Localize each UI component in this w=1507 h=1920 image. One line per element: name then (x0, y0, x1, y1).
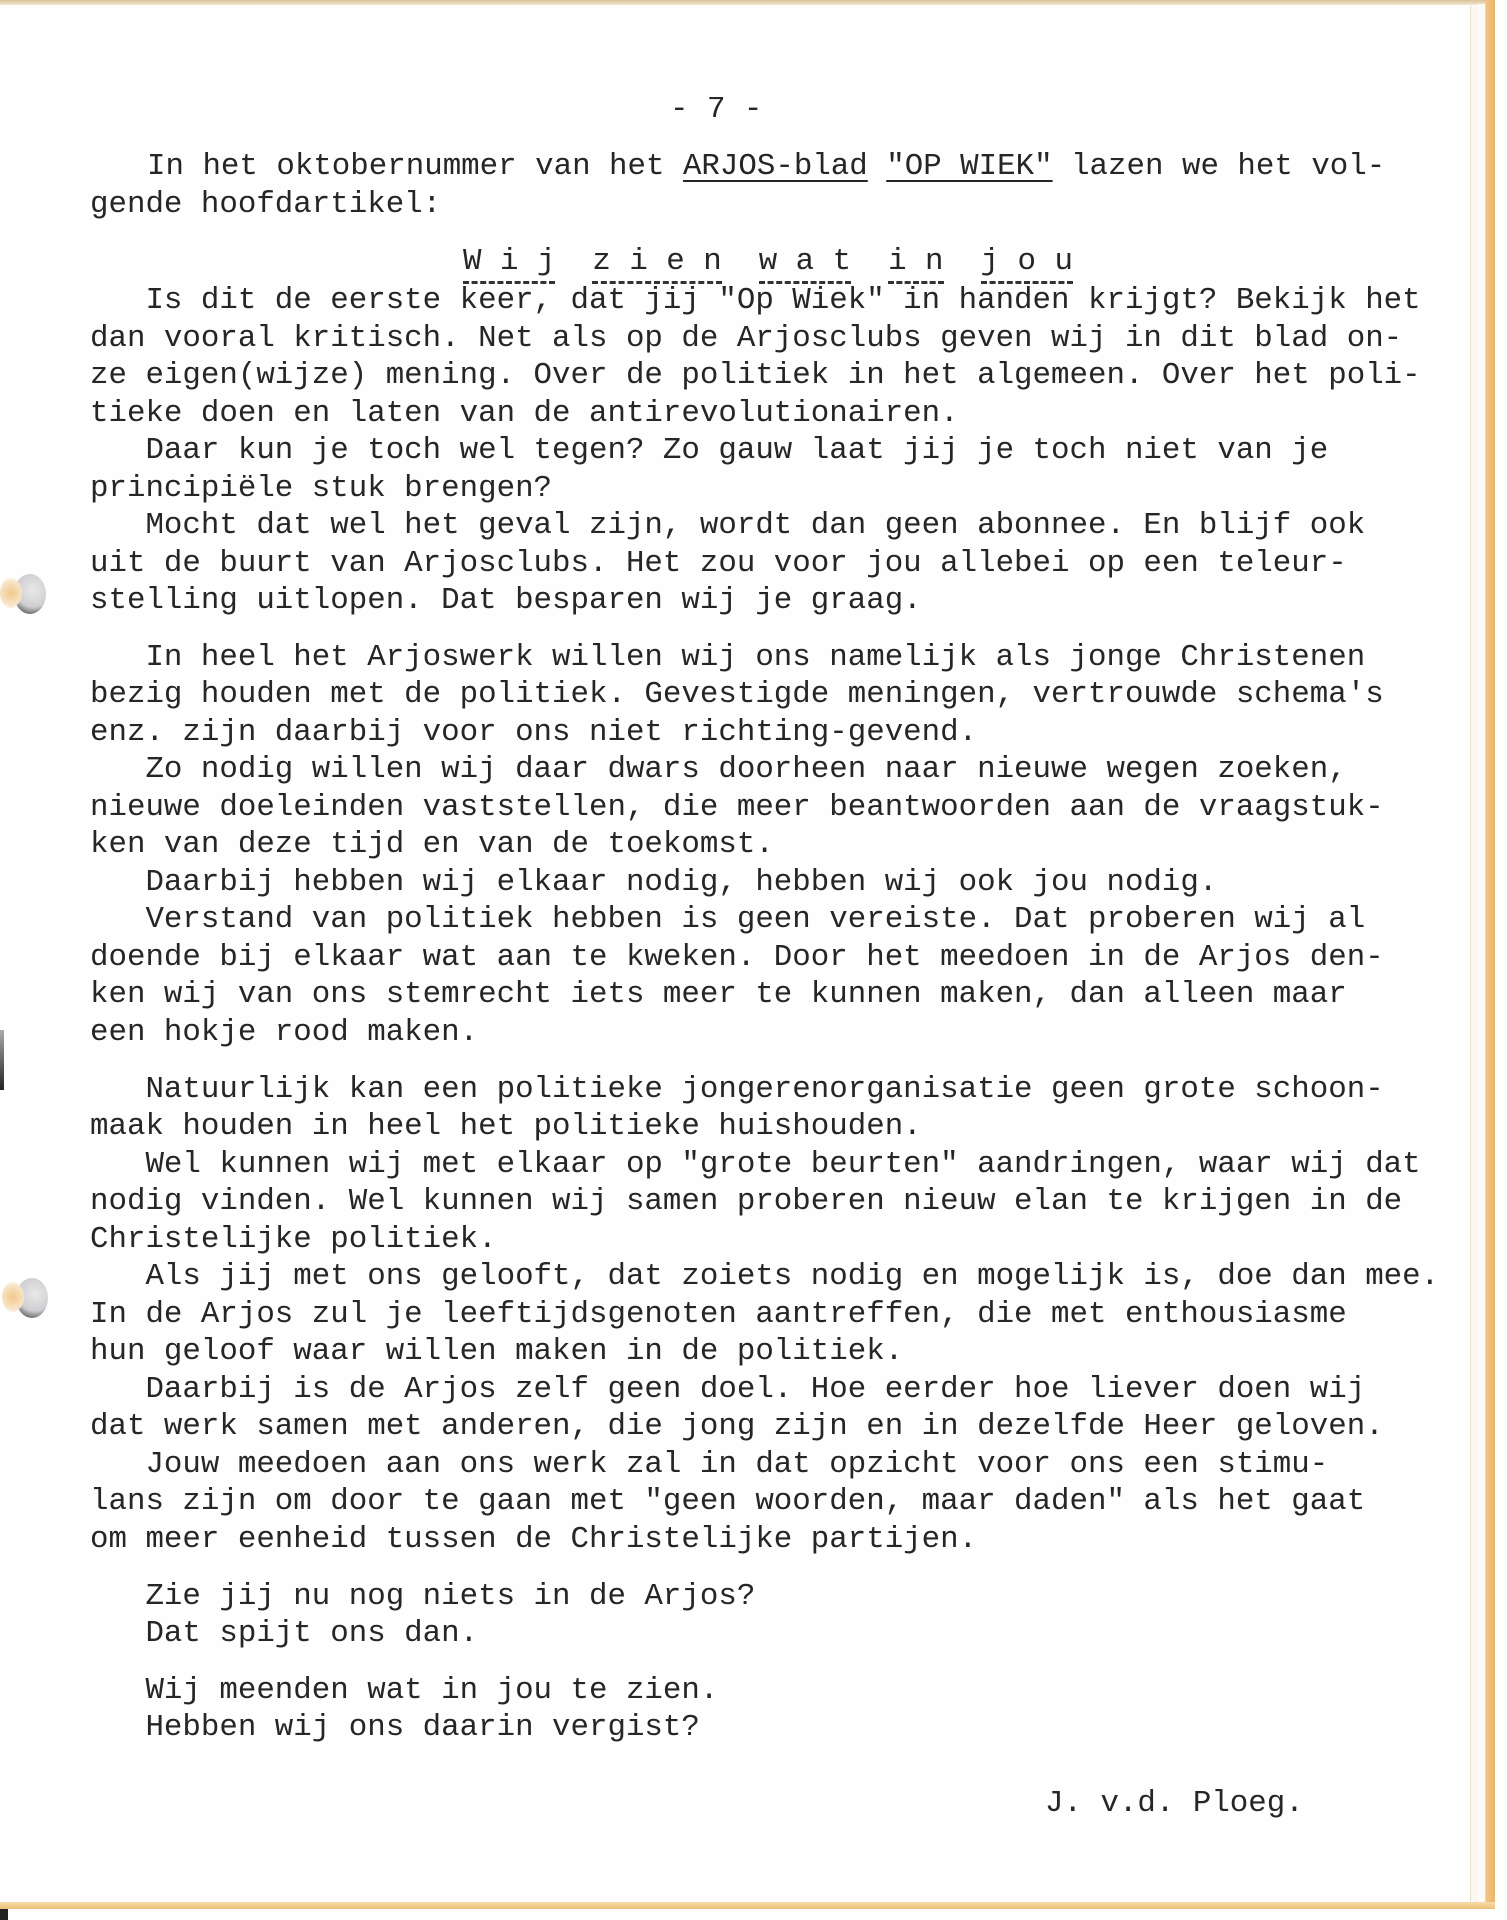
text-line: Natuurlijk kan een politieke jongerenorg… (90, 1071, 1384, 1109)
spacer (868, 149, 886, 184)
text-line: ze eigen(wijze) mening. Over de politiek… (90, 357, 1421, 395)
text-line: Daarbij hebben wij elkaar nodig, hebben … (90, 864, 1217, 902)
article-title: W i j z i e n w a t i n j o u (463, 244, 1073, 284)
text-line: ken wij van ons stemrecht iets meer te k… (90, 976, 1347, 1014)
title-word: i n (888, 244, 943, 284)
paper-edge-top (0, 0, 1495, 5)
text-line: Wel kunnen wij met elkaar op "grote beur… (90, 1146, 1421, 1184)
intro-line: gende hoofdartikel: (90, 186, 441, 224)
text-line: dat werk samen met anderen, die jong zij… (90, 1408, 1384, 1446)
text-line: Verstand van politiek hebben is geen ver… (90, 901, 1365, 939)
text-line: stelling uitlopen. Dat besparen wij je g… (90, 582, 922, 620)
text-line: doende bij elkaar wat aan te kweken. Doo… (90, 939, 1384, 977)
punch-hole-icon (16, 1278, 48, 1318)
intro-line: In het oktobernummer van het ARJOS-blad … (90, 148, 1385, 186)
text-line: lans zijn om door te gaan met "geen woor… (90, 1483, 1365, 1521)
text-line: Daarbij is de Arjos zelf geen doel. Hoe … (90, 1371, 1365, 1409)
text-line: ken van deze tijd en van de toekomst. (90, 826, 774, 864)
text-line: uit de buurt van Arjosclubs. Het zou voo… (90, 545, 1347, 583)
text-line: Christelijke politiek. (90, 1221, 497, 1259)
text-line: Daar kun je toch wel tegen? Zo gauw laat… (90, 432, 1328, 470)
text-line: een hokje rood maken. (90, 1014, 478, 1052)
paper-edge-bottom (0, 1902, 1495, 1909)
title-word: w a t (759, 244, 851, 284)
title-word: W i j (463, 244, 555, 284)
text-line: Zo nodig willen wij daar dwars doorheen … (90, 751, 1347, 789)
text-line: dan vooral kritisch. Net als op de Arjos… (90, 320, 1402, 358)
text-line: nieuwe doeleinden vaststellen, die meer … (90, 789, 1384, 827)
background-corner (0, 1909, 8, 1920)
text-line: tieke doen en laten van de antirevolutio… (90, 395, 959, 433)
publication-name: ARJOS-blad (683, 149, 868, 184)
text-line: hun geloof waar willen maken in de polit… (90, 1333, 903, 1371)
text-line: bezig houden met de politiek. Gevestigde… (90, 676, 1384, 714)
text-line: In heel het Arjoswerk willen wij ons nam… (90, 639, 1365, 677)
page-number: - 7 - (670, 92, 762, 127)
text-line: om meer eenheid tussen de Christelijke p… (90, 1521, 977, 1559)
text-line: Zie jij nu nog niets in de Arjos? (90, 1578, 755, 1616)
text-line: In de Arjos zul je leeftijdsgenoten aant… (90, 1296, 1347, 1334)
text-line: enz. zijn daarbij voor ons niet richting… (90, 714, 977, 752)
title-word: z i e n (592, 244, 721, 284)
text-line: Mocht dat wel het geval zijn, wordt dan … (90, 507, 1365, 545)
text-line: nodig vinden. Wel kunnen wij samen probe… (90, 1183, 1402, 1221)
text-line: Wij meenden wat in jou te zien. (90, 1672, 718, 1710)
paper-edge-right (1486, 0, 1495, 1910)
text-line: maak houden in heel het politieke huisho… (90, 1108, 922, 1146)
scan-mark (0, 1030, 4, 1090)
magazine-name: "OP WIEK" (886, 149, 1052, 184)
intro-text: In het oktobernummer van het (90, 149, 683, 184)
text-line: Als jij met ons gelooft, dat zoiets nodi… (90, 1258, 1439, 1296)
text-line: Dat spijt ons dan. (90, 1615, 478, 1653)
title-word: j o u (981, 244, 1073, 284)
text-line: principiële stuk brengen? (90, 470, 552, 508)
text-line: Is dit de eerste keer, dat jij "Op Wiek"… (90, 282, 1421, 320)
paper-edge-right (1478, 4, 1486, 1909)
intro-text: lazen we het vol- (1053, 149, 1386, 184)
text-line: Jouw meedoen aan ons werk zal in dat opz… (90, 1446, 1328, 1484)
background (0, 1909, 1507, 1920)
text-line: Hebben wij ons daarin vergist? (90, 1709, 700, 1747)
signature: J. v.d. Ploeg. (1045, 1786, 1304, 1821)
punch-hole-icon (14, 574, 46, 614)
